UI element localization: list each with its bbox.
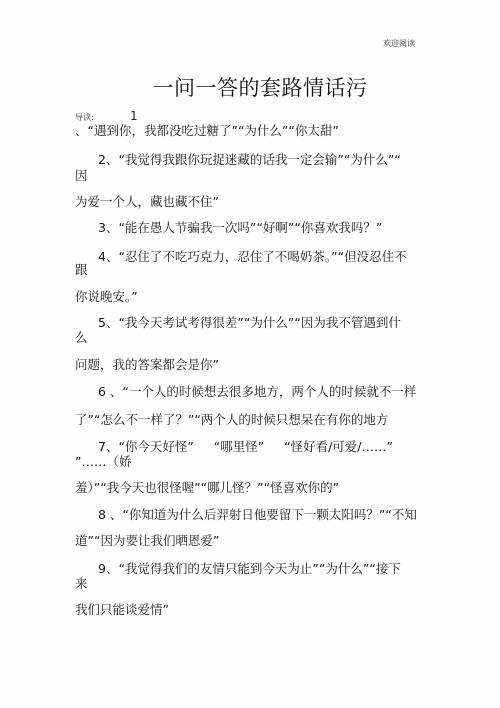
text-line-7: 跟 bbox=[75, 263, 88, 277]
text-line-9: 5、“我今天考试考得很差”“为什么”“因为我不管遇到什 bbox=[98, 316, 401, 330]
document-title: 一问一答的套路情话污 bbox=[0, 72, 500, 102]
text-line-18: 道”“因为要让我们晒恩爱” bbox=[75, 534, 219, 548]
text-line-21: 我们只能谈爱情” bbox=[75, 603, 169, 617]
text-line-3: 因 bbox=[75, 169, 88, 183]
guide-label: 导读: bbox=[75, 112, 94, 123]
text-line-16: 羞）”“我今天也很怪喔”“哪儿怪？”“怪喜欢你的” bbox=[75, 481, 339, 495]
text-line-4: 为爱一个人，藏也藏不住” bbox=[75, 195, 219, 209]
text-line-6: 4、“忍住了不吃巧克力，忍住了不喝奶茶。”“但没忍住不 bbox=[98, 250, 407, 264]
document-page: 欢迎阅读 一问一答的套路情话污 导读: 1 、“遇到你，我都没吃过糖了”“为什么… bbox=[0, 0, 500, 708]
header-note: 欢迎阅读 bbox=[383, 38, 415, 49]
text-line-12: 6 、“一个人的时候想去很多地方，两个人的时候就不一样 bbox=[98, 385, 416, 399]
text-line-15: ”……（娇 bbox=[75, 455, 131, 469]
text-line-10: 么 bbox=[75, 331, 88, 345]
text-line-1: 、“遇到你，我都没吃过糖了”“为什么”“你太甜” bbox=[75, 124, 339, 138]
text-line-17: 8 、“你知道为什么后羿射日他要留下一颗太阳吗？”“不知 bbox=[98, 508, 417, 522]
text-line-14: 7、“你今天好怪” “哪里怪” “怪好看/可爱/……” bbox=[98, 440, 393, 454]
text-line-8: 你说晚安。” bbox=[75, 290, 138, 304]
text-line-11: 问题，我的答案都会是你” bbox=[75, 358, 219, 372]
text-line-19: 9、“我觉得我们的友情只能到今天为止”“为什么”“接下 bbox=[98, 562, 401, 576]
guide-number: 1 bbox=[130, 109, 138, 123]
text-line-13: 了”“怎么不一样了？”“两个人的时候只想呆在有你的地方 bbox=[75, 413, 388, 427]
text-line-2: 2、“我觉得我跟你玩捉迷藏的话我一定会输”“为什么”“ bbox=[98, 153, 401, 167]
text-line-20: 来 bbox=[75, 577, 88, 591]
text-line-5: 3、“能在愚人节骗我一次吗”“好啊”“你喜欢我吗？” bbox=[98, 221, 382, 235]
